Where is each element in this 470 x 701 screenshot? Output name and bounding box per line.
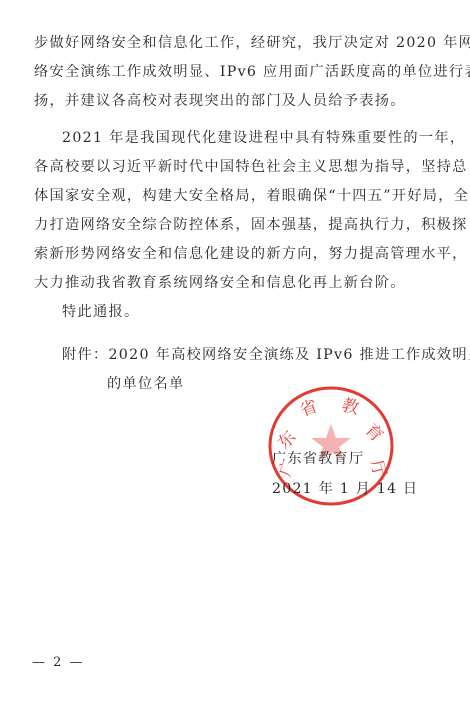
body-line: 络安全演练工作成效明显、IPv6 应用面广活跃度高的单位进行表 (34, 62, 470, 82)
body-line: 索新形势网络安全和信息化建设的新方向，努力提高管理水平， (34, 244, 468, 264)
body-line: 2021 年是我国现代化建设进程中具有特殊重要性的一年， (62, 128, 465, 148)
body-line: 力打造网络安全综合防控体系，固本强基，提高执行力，积极探 (34, 215, 468, 235)
body-line: 大力推动我省教育系统网络安全和信息化再上新台阶。 (34, 273, 406, 293)
page-number: — 2 — (32, 655, 85, 670)
closing-line: 特此通报。 (62, 302, 139, 322)
body-line: 各高校要以习近平新时代中国特色社会主义思想为指导，坚持总 (34, 157, 468, 177)
svg-text:教: 教 (339, 395, 361, 419)
body-line: 体国家安全观，构建大安全格局，着眼确保“十四五”开好局，全 (34, 186, 469, 206)
svg-text:省: 省 (297, 396, 320, 421)
body-line: 步做好网络安全和信息化工作，经研究，我厅决定对 2020 年网 (34, 33, 470, 53)
svg-text:厅: 厅 (366, 458, 390, 480)
signature-organization: 广东省教育厅 (272, 448, 364, 468)
body-line: 扬，并建议各高校对表现突出的部门及人员给予表扬。 (34, 91, 406, 111)
attachment-line: 的单位名单 (107, 374, 184, 394)
svg-text:育: 育 (361, 420, 387, 446)
attachment-line: 附件：2020 年高校网络安全演练及 IPv6 推进工作成效明显 (62, 345, 470, 365)
signature-date: 2021 年 1 月 14 日 (272, 478, 418, 498)
